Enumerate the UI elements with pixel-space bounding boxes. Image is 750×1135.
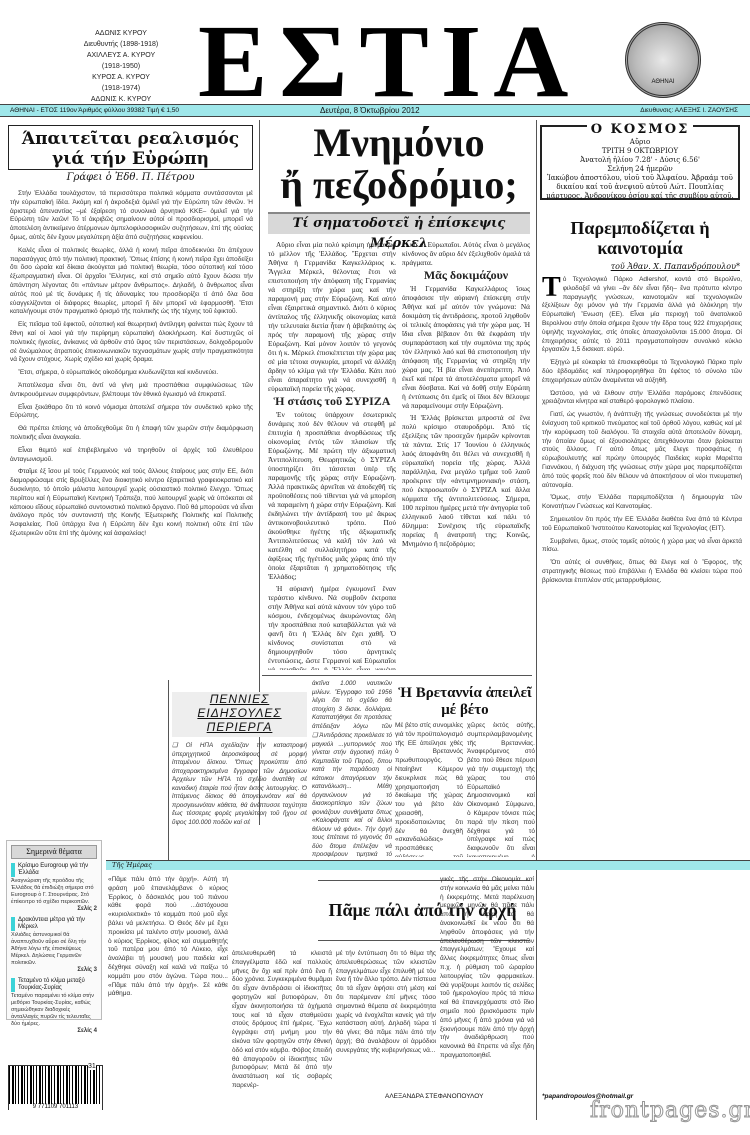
divider (262, 675, 532, 676)
paragraph: Ὅμως, στήν Ἑλλάδα παρεμποδίζεται ἡ δημιο… (542, 494, 742, 512)
paragraph: Εἶναι θεμιτό καί ἐπιβεβλημένο νά τηρηθοῦ… (10, 447, 253, 465)
paragraph: Ἐξηγώ μέ εὐκαιρία τά ἐπισκεφθοῦμε τό Τεχ… (542, 359, 742, 385)
kosmos-sun: Ἀνατολή ἡλίου 7.28' - Δύσις 6.56' (542, 156, 738, 165)
kosmos-title: Ο ΚΟΣΜΟΣ (587, 122, 694, 138)
paragraph: Εἶναι ξεκάθαρο ὅτι τό κοινό νόμισμα ἀποτ… (10, 404, 253, 422)
topic-item[interactable]: Δρακόντεια μέτρα γιά τήν Μέρκελ Χιλιάδες… (11, 917, 97, 974)
topic-page: Σελίς 2 (11, 906, 97, 913)
kosmos-moon: Σελήνη 24 ἡμερῶν (542, 165, 738, 174)
issue-date: Δευτέρα, 8 Όκτωβρίου 2012 (320, 105, 420, 116)
topic-page: Σελίς 4 (11, 1028, 97, 1035)
paragraph: Ἐν τούτοις ὑπάρχουν ἐσωτερικές δυνάμεις … (268, 410, 396, 581)
paragraph: Ὅτι αὐτές οἱ συνθῆκες, ὅπως θά ἔλεγε καί… (542, 559, 742, 585)
kosmos-subtitle: Αὔριο (542, 138, 738, 147)
seal-label: ΑΘΗΝΑΙ (628, 79, 698, 85)
topic-text: Χιλιάδες ἀστυνομικοί θά ἀναπτυχθοῦν αὔρι… (11, 932, 97, 967)
topic-text: Ἀναγνώριση τῆς προόδου τῆς Ἑλλάδος θά ἐπ… (11, 878, 97, 906)
founder-years: (1918-1974) (62, 83, 180, 94)
column-divider (168, 680, 169, 860)
imera-col2: ἀπελευθερωθῆ τά κλειστά ἐπαγγέλματα ἐδῶ … (232, 950, 332, 1090)
kosmos-day: ΤΡΙΤΗ 9 ΟΚΤΩΒΡΙΟΥ (542, 147, 738, 156)
issue-number: 31 (88, 1063, 96, 1070)
founder-name: ΚΥΡΟΣ Α. ΚΥΡΟΥ (62, 72, 180, 83)
right-article-body: Τ ό Τεχνολογικό Πάρκο Adlershof, κοντά σ… (542, 276, 742, 1091)
founder-name: ΑΔΩΝΙΣ ΚΥΡΟΥ (62, 28, 180, 39)
paragraph: Θά πρέπει ἐπίσης νά ἀποδεχθοῦμε ὅτι ἡ ἐπ… (10, 425, 253, 443)
box-title: ΠΕΡΙΕΡΓΑ (172, 720, 307, 734)
founder-name: ΑΧΙΛΛΕΥΣ Α. ΚΥΡΟΥ (62, 50, 180, 61)
kosmos-box: Ο ΚΟΣΜΟΣ Αὔριο ΤΡΙΤΗ 9 ΟΚΤΩΒΡΙΟΥ Ἀνατολή… (540, 125, 740, 200)
topic-title: Δρακόντεια μέτρα γιά τήν Μέρκελ (11, 917, 97, 931)
britain-col2: χῶρες ἐκτός αὐτῆς, συμπεριλαμβανομένης τ… (467, 722, 535, 857)
right-article-headline: Παρεμποδίζεται ἡ καινοτομία (540, 218, 740, 258)
watermark: frontpages.gr (590, 1098, 750, 1123)
section-title: Μᾶς δοκιμάζουν (402, 271, 530, 280)
barcode-digits: 9 771109 701113 (9, 1104, 102, 1110)
imera-col1: «Πᾶμε πάλι ἀπό τήν ἀρχή». Αὐτή τή φράση … (108, 876, 228, 1086)
main-article-col2: κά οἱ Εὐρωπαῖοι. Αὐτός εἶναι ὁ μεγάλος κ… (402, 240, 530, 670)
topic-text: Τεταμένο παραμένει τό κλίμα στήν μεθόριο… (11, 993, 97, 1028)
editor-info: Διευθυνσις: ΑΛΕΞΗΣ Ι. ΖΑΟΥΣΗΣ (640, 105, 738, 116)
paragraph: Ἡ Ἑλλάς βρίσκεται μπροστά σέ ἕνα πολύ κρ… (402, 413, 530, 548)
curiosities-col2: ἀκτῖνα 1.000 ναυτικῶν μιλίων. Ἔγγραφο το… (312, 680, 392, 730)
box-title: ΠΕΝΝΙΕΣ (172, 692, 307, 706)
paragraph: Ἀποτέλεσμα εἶναι ὅτι, ἀντί νά γίνη μιά π… (10, 382, 253, 400)
main-headline: Μνημόνιο ἤ πεζοδρόμιο; (268, 122, 530, 206)
section-title: Ἡ στάσις τοῦ ΣΥΡΙΖΑ (268, 397, 396, 406)
paragraph: Ὡστόσο, γιά νά ἔλθουν στήν Ἑλλάδα παρόμο… (542, 390, 742, 408)
left-article-headline-box: Άπαιτεῖται ρεαλισμός γιά τήν Εὐρώπη (8, 125, 253, 170)
paragraph: Στήν Ἑλλάδα τουλάχιστον, τά περισσότερα … (10, 190, 253, 243)
paragraph: Αὔριο εἶναι μία πολύ κρίσιμη ἡμέρα γιά τ… (268, 240, 396, 393)
paragraph: Φταῖμε ἐξ ἴσου μέ τούς Γερμανούς καί τού… (10, 468, 253, 538)
curiosities-box-title: ΠΕΝΝΙΕΣ ΕΙΔΗΣΟΥΛΕΣ ΠΕΡΙΕΡΓΑ (172, 692, 307, 737)
left-article-headline: Άπαιτεῖται ρεαλισμός γιά τήν Εὐρώπη (9, 129, 252, 169)
right-article-byline: τοῦ Ἀθαν. Χ. Παπανδρόπουλου* (540, 262, 740, 271)
left-article-byline: Γράφει ὁ Ἐδθ. Π. Πέτρου (8, 172, 253, 183)
main-headline-line2: ἤ πεζοδρόμιο; (268, 164, 530, 206)
paragraph: Σημειωτέον ὅτι πρός τήν ΕΕ Ἑλλάδα διαθέτ… (542, 516, 742, 534)
column-divider (536, 120, 537, 1120)
topic-title: Τεταμένο τό κλίμα μεταξύ Τουρκίας-Συρίας (11, 978, 97, 992)
founder-years: Διευθυντής (1898-1918) (62, 39, 180, 50)
tis-imeras-bar: Τῆς Ἡμέρας (106, 860, 750, 870)
box-title: ΕΙΔΗΣΟΥΛΕΣ (172, 706, 307, 720)
britain-col1: Μέ βέτο στίς συνομιλίες γιά τόν προϋπολο… (395, 722, 463, 857)
imera-col4: γικές τῆς στήν Οἰκονομία καί στήν κοινων… (440, 876, 534, 1091)
paragraph: κά οἱ Εὐρωπαῖοι. Αὐτός εἶναι ὁ μεγάλος κ… (402, 240, 530, 267)
topic-title: Κρίσιμο Eurogroup γιά τήν Ἑλλάδα (11, 863, 97, 877)
curiosities-col1: ❑ Οἱ ΗΠΑ σχεδίαζαν τήν καταστροφή ὑπερηχ… (172, 742, 307, 857)
newspaper-title: ΕΣΤΙΑ (198, 18, 543, 106)
dateline-bar: ΑΘΗΝΑΙ - ΕΤΟΣ 119ον Άριθμός φύλλου 39382… (0, 104, 750, 117)
topic-item[interactable]: Κρίσιμο Eurogroup γιά τήν Ἑλλάδα Ἀναγνώρ… (11, 863, 97, 913)
dropcap: Τ (542, 276, 561, 300)
imera-col3: μέ τήν ἐντύπωση ὅτι τό θέμα τῆς ἀπελευθε… (336, 950, 436, 1060)
paragraph: Ἡ αὐριανή ἡμέρα ἐγκυμονεῖ ἕναν τεράστιο … (268, 584, 396, 670)
barcode: 9 771109 701113 (8, 1065, 103, 1110)
paragraph: Ἔτσι, σήμερα, ὁ εὐρωπαϊκός οἰκοδόμημα κλ… (10, 369, 253, 378)
imera-signature: ΑΛΕΞΑΝΔΡΑ ΣΤΕΦΑΝΟΠΟΥΛΟΥ (385, 1093, 483, 1100)
todays-topics-sidebar: Σημερινά θέματα Κρίσιμο Eurogroup γιά τή… (6, 840, 102, 1020)
topic-page: Σελίς 3 (11, 967, 97, 974)
paragraph: Γιατί, ὡς γνωστόν, ἡ ἀνάπτυξη τῆς γνώσεω… (542, 411, 742, 490)
sidebar-header: Σημερινά θέματα (11, 845, 97, 859)
paragraph: Καλές εἶναι οἱ πολιτικές θεωρίες, ἀλλά ἡ… (10, 247, 253, 317)
britain-headline: Ἡ Βρεταννία ἀπειλεῖ μέ βέτο (395, 685, 535, 719)
kosmos-saints: Ἰακώβου ἀποστόλου, υἱοῦ τοῦ Ἀλφαίου. Ἀβρ… (542, 174, 738, 201)
paragraph: ό Τεχνολογικό Πάρκο Adlershof, κοντά στό… (542, 276, 742, 355)
main-subheadline: Τί σηματοδοτεῖ ἡ ἐπίσκεψις Μέρκελ (268, 212, 530, 234)
issue-info: ΑΘΗΝΑΙ - ΕΤΟΣ 119ον Άριθμός φύλλου 39382… (10, 105, 179, 116)
topic-item[interactable]: Τεταμένο τό κλίμα μεταξύ Τουρκίας-Συρίας… (11, 978, 97, 1035)
paragraph: Συμβαίνει, ὅμως, στούς τομεῖς αὐτούς ἡ χ… (542, 538, 742, 556)
founder-years: (1918-1950) (62, 61, 180, 72)
main-article-col1: Αὔριο εἶναι μία πολύ κρίσιμη ἡμέρα γιά τ… (268, 240, 396, 670)
curiosities-col2b: ❑ Ἀντιδράσεις προκάλεσε τό μαγκιόλ ...γυ… (312, 732, 392, 857)
founders-list: ΑΔΩΝΙΣ ΚΥΡΟΥ Διευθυντής (1898-1918) ΑΧΙΛ… (62, 28, 180, 116)
paragraph: Ἡ Γερμανίδα Καγκελλάριος ἴσως ἀποφάσισε … (402, 284, 530, 410)
paragraph: Εἰς πεῖσμα τοῦ ἐφικτοῦ, οὐτοπική καί θεω… (10, 321, 253, 365)
seal-emblem-icon: ΑΘΗΝΑΙ (625, 22, 701, 98)
main-headline-line1: Μνημόνιο (268, 122, 530, 164)
